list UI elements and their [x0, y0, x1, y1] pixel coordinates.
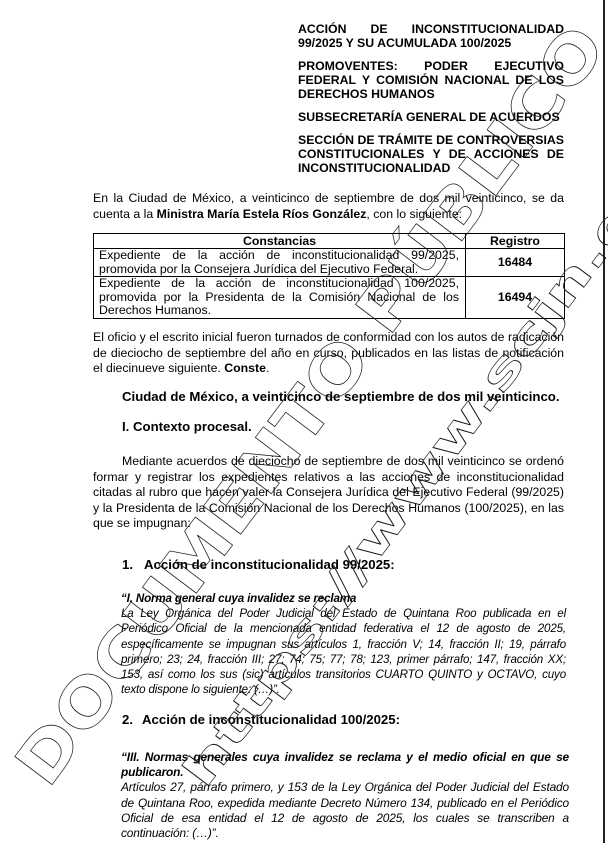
mediante-paragraph: Mediante acuerdos de dieciocho de septie…	[93, 454, 564, 532]
page-border	[603, 0, 605, 843]
promoventes: PROMOVENTES: PODER EJECUTIVO FEDERAL Y C…	[298, 59, 564, 101]
item-number: 1.	[122, 557, 144, 572]
item-1-title: 1.Acción de inconstitucionalidad 99/2025…	[122, 557, 395, 572]
oficio-text: El oficio y el escrito inicial fueron tu…	[93, 330, 564, 375]
quote-heading: “I. Norma general cuya invalidez se recl…	[121, 591, 566, 606]
registro-cell: 16484	[466, 249, 565, 277]
seccion: SECCIÓN DE TRÁMITE DE CONTROVERSIAS CONS…	[298, 133, 564, 175]
conste: Conste	[224, 361, 266, 375]
intro-paragraph: En la Ciudad de México, a veinticinco de…	[93, 191, 564, 222]
quote-body: Artículos 27, párrafo primero, y 153 de …	[121, 780, 569, 841]
header-constancias: Constancias	[94, 234, 466, 249]
header-registro: Registro	[466, 234, 565, 249]
table-row: Expediente de la acción de inconstitucio…	[94, 249, 565, 277]
item-2-title: 2.Acción de inconstitucionalidad 100/202…	[122, 712, 400, 727]
date-line: Ciudad de México, a veinticinco de septi…	[122, 389, 560, 404]
item-title-text: Acción de inconstitucionalidad 100/2025:	[142, 712, 400, 727]
item-2-quote: “III. Normas generales cuya invalidez se…	[121, 750, 569, 841]
constancia-cell: Expediente de la acción de inconstitucio…	[94, 277, 466, 319]
item-title-text: Acción de inconstitucionalidad 99/2025:	[144, 557, 395, 572]
case-title: ACCIÓN DE INCONSTITUCIONALIDAD 99/2025 Y…	[298, 22, 564, 50]
item-1-quote: “I. Norma general cuya invalidez se recl…	[121, 591, 566, 697]
item-number: 2.	[122, 712, 142, 727]
minister-name: Ministra María Estela Ríos González	[157, 207, 367, 221]
intro-end: , con lo siguiente:	[366, 207, 462, 221]
constancias-table: Constancias Registro Expediente de la ac…	[93, 233, 565, 319]
subsecretaria: SUBSECRETARÍA GENERAL DE ACUERDOS	[298, 110, 564, 124]
quote-heading: “III. Normas generales cuya invalidez se…	[121, 750, 569, 780]
section-title: I. Contexto procesal.	[122, 419, 252, 434]
quote-body: La Ley Orgánica del Poder Judicial del E…	[121, 606, 566, 697]
table-row: Expediente de la acción de inconstitucio…	[94, 277, 565, 319]
registro-cell: 16494	[466, 277, 565, 319]
oficio-paragraph: El oficio y el escrito inicial fueron tu…	[93, 330, 564, 377]
oficio-end: .	[266, 361, 269, 375]
constancia-cell: Expediente de la acción de inconstitucio…	[94, 249, 466, 277]
case-header: ACCIÓN DE INCONSTITUCIONALIDAD 99/2025 Y…	[298, 22, 564, 184]
mediante-text: Mediante acuerdos de dieciocho de septie…	[93, 454, 564, 532]
